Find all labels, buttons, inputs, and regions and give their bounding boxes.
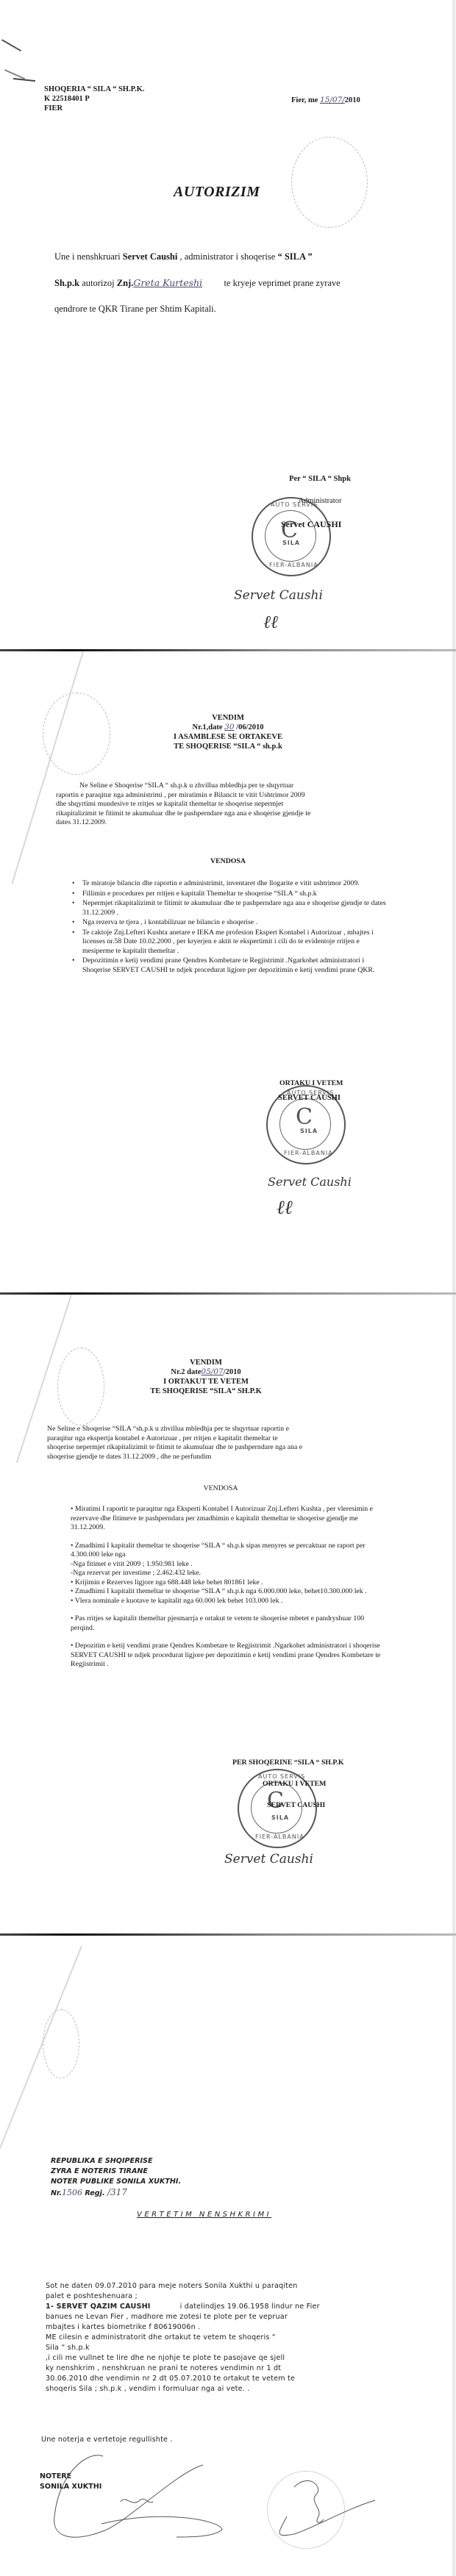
handwritten-signature: Servet Caushi <box>268 1175 352 1189</box>
page-edge <box>452 1295 456 1933</box>
administrator-name: Servet Caushi <box>123 251 178 262</box>
authorized-person-handwritten: Greta Kurteshi <box>133 270 221 296</box>
decision-item: • Miratimi I raportit te paraqitur nga E… <box>71 1505 387 1533</box>
page-notary: REPUBLIKA E SHQIPERISE ZYRA E NOTERIS TI… <box>0 1936 456 2576</box>
handwritten-signature: Servet Caushi <box>234 588 323 603</box>
handwritten-date: 15/07/ <box>320 96 345 104</box>
decision-item: • Depozitim e ketij vendimi prane Qendre… <box>71 1642 387 1670</box>
company-stamp: AUTO SERVIS FIER-ALBANIA SILA C <box>252 497 331 576</box>
decided-heading: VENDOSA <box>154 857 302 867</box>
decision-item: • Krijimin e Rezerves ligjore nga 688.44… <box>71 1578 387 1588</box>
signature-initials: ℓℓ <box>277 1197 293 1219</box>
company-name: SHOQERIA “ SILA “ SH.P.K. <box>44 85 144 94</box>
faint-stamp <box>43 693 110 775</box>
decision-item: • Pas rritjes se kapitalit themeltar pje… <box>71 1614 387 1633</box>
page-edge <box>452 1936 456 2576</box>
decisions-list: Te miratoje bilancin dhe raportin e admi… <box>71 879 387 976</box>
faint-stamp <box>43 2009 79 2078</box>
faint-stamp <box>291 137 368 228</box>
company-header: SHOQERIA “ SILA “ SH.P.K. K 22518401 P F… <box>44 85 144 113</box>
page-vendim-1: VENDIM Nr.1,date 30 /06/2010 I ASAMBLESE… <box>0 651 456 1292</box>
signature-for: PER SHOQERINE “SILA “ SH.P.K <box>232 1759 344 1768</box>
decision-item: Nepermjet rikapitalizimit te fitimit te … <box>71 899 387 917</box>
signature-role: ORTAKU I VETEM <box>263 1780 326 1789</box>
notary-stamp-signature <box>250 2465 382 2546</box>
document-title: AUTORIZIM <box>174 184 260 201</box>
signatory-name: SERVET CAUSHI <box>278 1094 341 1102</box>
decision-item: • Zmadhimi I kapitalit themeltar te shoq… <box>71 1587 387 1597</box>
decision-title: VENDIM <box>125 1358 287 1367</box>
decision-header: VENDIM Nr.2 date05/07/2010 I ORTAKUT TE … <box>125 1358 287 1396</box>
decision-title: VENDIM <box>118 713 338 723</box>
decision-item: Te caktoje Znj.Lefteri Kushta anetare e … <box>71 929 387 956</box>
decision-header: VENDIM Nr.1,date 30 /06/2010 I ASAMBLESE… <box>118 713 338 751</box>
signature-initials: ℓℓ <box>263 612 278 633</box>
notary-closing: Une noterja e vertetoje regullishte . <box>41 2435 173 2445</box>
decision-item: • Zmadhimi I kapitalit themeltar te shoq… <box>71 1542 387 1560</box>
notary-title: VERTETIM NENSHKRIMI <box>137 2211 271 2219</box>
decided-heading: VENDOSA <box>147 1484 294 1494</box>
faint-stamp <box>57 1348 104 1425</box>
decision-subitem: -Nga rezervat per investime ; 2.462.432 … <box>71 1569 387 1578</box>
handwritten-signature: Servet Caushi <box>224 1852 313 1867</box>
signatory-name: Servet CAUSHI <box>281 519 341 530</box>
signature-for: Per “ SILA “ Shpk <box>265 474 375 484</box>
company-nipt: K 22518401 P <box>44 94 144 104</box>
signatory-name: SERVET CAUSHI <box>267 1801 325 1811</box>
company-city: FIER <box>44 104 144 113</box>
notary-header: REPUBLIKA E SHQIPERISE ZYRA E NOTERIS TI… <box>51 2156 181 2199</box>
decision-item: Te miratoje bilancin dhe raportin e admi… <box>71 879 387 889</box>
decision-item: Fillimin e procedures per rritjen e kapi… <box>71 890 387 899</box>
page-edge <box>452 651 456 1292</box>
decision-intro: Ne Seline e Shoqerise “SILA “ sh.p.k u z… <box>56 781 394 828</box>
decision-item: Depozitimin e ketij vendimi prane Qendre… <box>71 956 387 975</box>
decision-intro: Ne Seline e Shoqerise “SILA “sh.p.k u zh… <box>47 1425 393 1461</box>
notary-body: Sot ne daten 09.07.2010 para meje noters… <box>46 2281 377 2394</box>
page-edge <box>452 0 456 649</box>
decisions-list: • Miratimi I raportit te paraqitur nga E… <box>71 1505 387 1670</box>
scan-mark <box>1 39 21 51</box>
authorization-body: Une i nenshkruari Servet Caushi , admini… <box>54 244 393 322</box>
scan-mark <box>13 78 35 82</box>
party-name: 1- SERVET QAZIM CAUSHI <box>46 2303 151 2311</box>
page-vendim-2: VENDIM Nr.2 date05/07/2010 I ORTAKUT TE … <box>0 1295 456 1933</box>
page-autorizim: SHOQERIA “ SILA “ SH.P.K. K 22518401 P F… <box>0 0 456 649</box>
decision-item: • Vlera nominale e kuotave te kapitalit … <box>71 1597 387 1606</box>
decision-item: Nga rezerva te tjera , i kontabilizuar n… <box>71 918 387 928</box>
decision-subitem: -Nga fitimet e vitit 2009 ; 1.950.981 le… <box>71 1560 387 1570</box>
document-date: Fier, me 15/07/2010 <box>291 96 360 105</box>
